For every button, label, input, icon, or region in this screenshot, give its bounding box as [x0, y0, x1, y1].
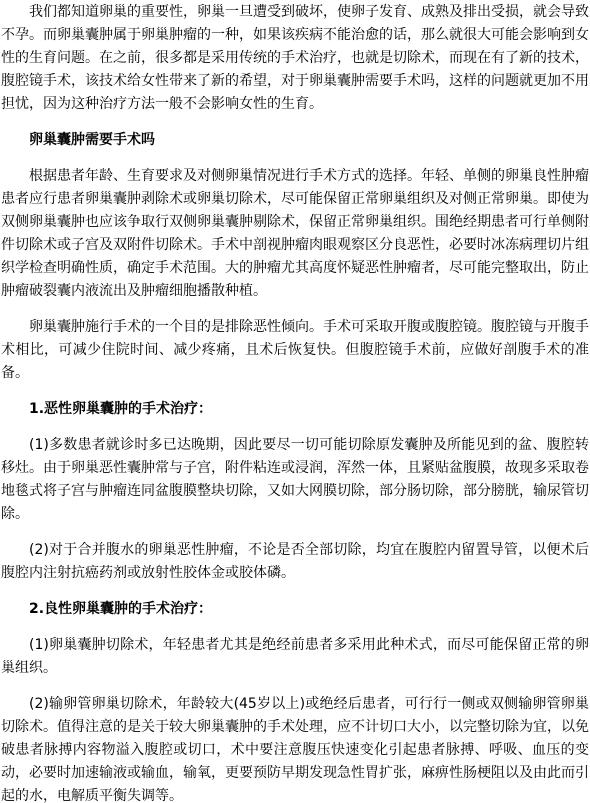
intro-paragraph: 我们都知道卵巢的重要性，卵巢一旦遭受到破坏，使卵子发育、成熟及排出受损，就会导致… [1, 1, 589, 116]
malignant-item-1: (1)多数患者就诊时多已达晚期，因此要尽一切可能切除原发囊肿及所能见到的盆、腹腔… [1, 434, 589, 526]
article-body: 我们都知道卵巢的重要性，卵巢一旦遭受到破坏，使卵子发育、成熟及排出受损，就会导致… [0, 0, 590, 803]
malignant-item-2: (2)对于合并腹水的卵巢恶性肿瘤，不论是否全部切除，均宜在腹腔内留置导管，以便术… [1, 539, 589, 585]
malignant-treatment-heading: 1.恶性卵巢囊肿的手术治疗： [1, 398, 589, 421]
surgery-choice-paragraph: 根据患者年龄、生育要求及对侧卵巢情况进行手术方式的选择。年轻、单侧的卵巢良性肿瘤… [1, 165, 589, 303]
benign-item-1: (1)卵巢囊肿切除术，年轻患者尤其是绝经前患者多采用此种术式，而尽可能保留正常的… [1, 634, 589, 680]
section-heading-surgery-needed: 卵巢囊肿需要手术吗 [1, 129, 589, 152]
surgery-purpose-paragraph: 卵巢囊肿施行手术的一个目的是排除恶性倾向。手术可采取开腹或腹腔镜。腹腔镜与开腹手… [1, 316, 589, 385]
benign-item-2: (2)输卵管卵巢切除术，年龄较大(45岁以上)或绝经后患者，可行行一侧或双侧输卵… [1, 693, 589, 803]
benign-treatment-heading: 2.良性卵巢囊肿的手术治疗： [1, 598, 589, 621]
